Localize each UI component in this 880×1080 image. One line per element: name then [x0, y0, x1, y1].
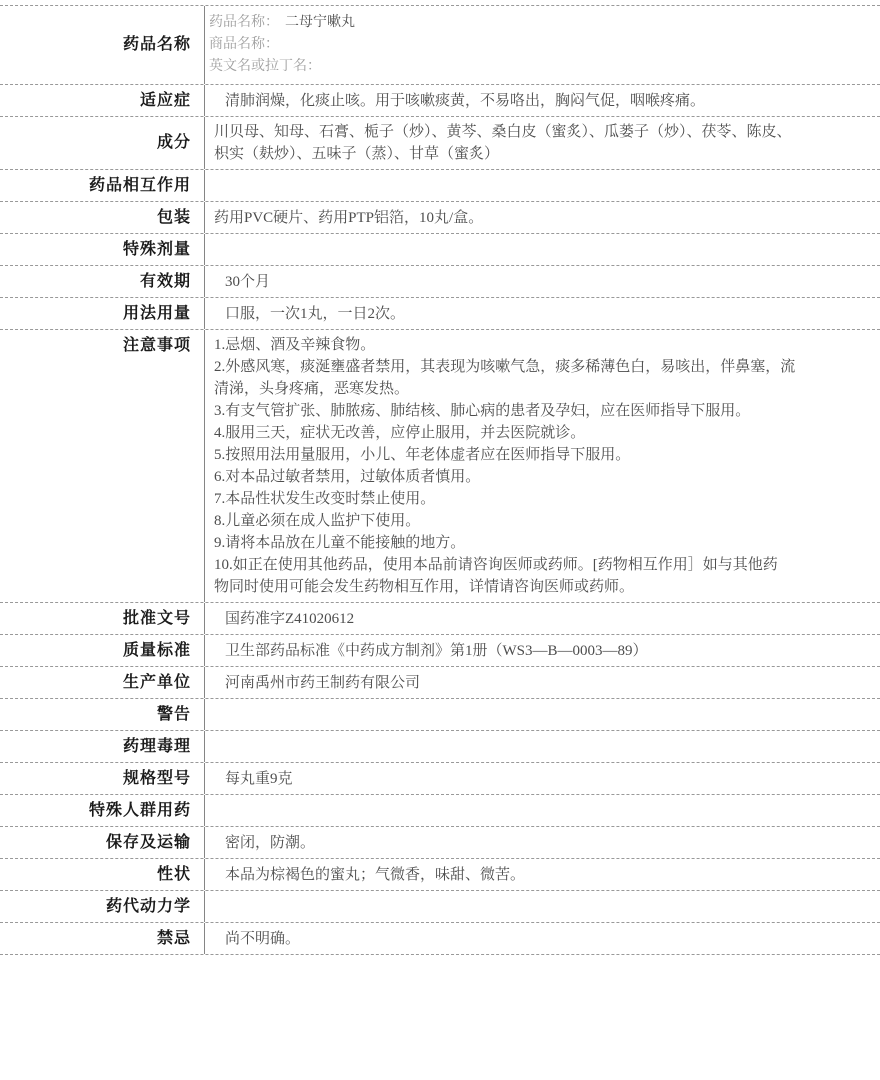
- row-value-indications: 清肺润燥，化痰止咳。用于咳嗽痰黄，不易咯出，胸闷气促，咽喉疼痛。: [205, 85, 880, 116]
- table-row-shelf-life: 有效期 30个月: [0, 266, 880, 298]
- row-label-shelf-life: 有效期: [0, 266, 205, 297]
- drug-name-value: 二母宁嗽丸: [285, 15, 355, 30]
- table-row-approval-number: 批准文号 国药准字Z41020612: [0, 603, 880, 635]
- table-row-special-populations: 特殊人群用药: [0, 795, 880, 827]
- row-value-pharmacology-toxicology: [205, 731, 880, 762]
- row-value-special-dosage: [205, 234, 880, 265]
- row-label-warning: 警告: [0, 699, 205, 730]
- row-value-packaging: 药用PVC硬片、药用PTP铝箔，10丸/盒。: [205, 202, 880, 233]
- trade-name-field: 商品名称：: [209, 34, 865, 56]
- table-row-drug-name: 药品名称 药品名称：二母宁嗽丸 商品名称： 英文名或拉丁名：: [0, 6, 880, 85]
- table-row-drug-interactions: 药品相互作用: [0, 170, 880, 202]
- drug-info-table: 药品名称 药品名称：二母宁嗽丸 商品名称： 英文名或拉丁名： 适应症 清肺润燥，…: [0, 5, 880, 955]
- row-value-approval-number: 国药准字Z41020612: [205, 603, 880, 634]
- row-label-indications: 适应症: [0, 85, 205, 116]
- table-row-indications: 适应症 清肺润燥，化痰止咳。用于咳嗽痰黄，不易咯出，胸闷气促，咽喉疼痛。: [0, 85, 880, 117]
- table-row-ingredients: 成分 川贝母、知母、石膏、栀子（炒）、黄芩、桑白皮（蜜炙）、瓜蒌子（炒）、茯苓、…: [0, 117, 880, 170]
- english-name-field: 英文名或拉丁名：: [209, 56, 865, 78]
- drug-name-field: 药品名称：二母宁嗽丸: [209, 12, 865, 34]
- row-value-specification: 每丸重9克: [205, 763, 880, 794]
- row-label-storage-transport: 保存及运输: [0, 827, 205, 858]
- row-label-contraindications: 禁忌: [0, 923, 205, 954]
- row-value-pharmacokinetics: [205, 891, 880, 922]
- row-value-warning: [205, 699, 880, 730]
- row-value-description: 本品为棕褐色的蜜丸；气微香，味甜、微苦。: [205, 859, 880, 890]
- table-row-quality-standard: 质量标准 卫生部药品标准《中药成方制剂》第1册（WS3—B—0003—89）: [0, 635, 880, 667]
- row-label-pharmacology-toxicology: 药理毒理: [0, 731, 205, 762]
- table-row-contraindications: 禁忌 尚不明确。: [0, 923, 880, 955]
- row-label-pharmacokinetics: 药代动力学: [0, 891, 205, 922]
- row-label-special-populations: 特殊人群用药: [0, 795, 205, 826]
- row-value-quality-standard: 卫生部药品标准《中药成方制剂》第1册（WS3—B—0003—89）: [205, 635, 880, 666]
- row-value-ingredients: 川贝母、知母、石膏、栀子（炒）、黄芩、桑白皮（蜜炙）、瓜蒌子（炒）、茯苓、陈皮、…: [205, 117, 880, 169]
- row-value-drug-interactions: [205, 170, 880, 201]
- row-value-special-populations: [205, 795, 880, 826]
- table-row-packaging: 包装 药用PVC硬片、药用PTP铝箔，10丸/盒。: [0, 202, 880, 234]
- row-label-approval-number: 批准文号: [0, 603, 205, 634]
- trade-name-sub-label: 商品名称：: [209, 37, 279, 52]
- table-row-dosage: 用法用量 口服，一次1丸，一日2次。: [0, 298, 880, 330]
- row-value-shelf-life: 30个月: [205, 266, 880, 297]
- row-label-ingredients: 成分: [0, 117, 205, 169]
- table-row-specification: 规格型号 每丸重9克: [0, 763, 880, 795]
- table-row-description: 性状 本品为棕褐色的蜜丸；气微香，味甜、微苦。: [0, 859, 880, 891]
- row-label-dosage: 用法用量: [0, 298, 205, 329]
- row-value-drug-name: 药品名称：二母宁嗽丸 商品名称： 英文名或拉丁名：: [205, 6, 880, 84]
- row-label-drug-interactions: 药品相互作用: [0, 170, 205, 201]
- row-label-precautions: 注意事项: [0, 330, 205, 602]
- row-label-packaging: 包装: [0, 202, 205, 233]
- row-value-manufacturer: 河南禹州市药王制药有限公司: [205, 667, 880, 698]
- row-value-dosage: 口服，一次1丸，一日2次。: [205, 298, 880, 329]
- table-row-special-dosage: 特殊剂量: [0, 234, 880, 266]
- drug-name-sub-label: 药品名称：: [209, 15, 279, 30]
- row-value-contraindications: 尚不明确。: [205, 923, 880, 954]
- row-label-description: 性状: [0, 859, 205, 890]
- row-value-precautions: 1.忌烟、酒及辛辣食物。 2.外感风寒，痰涎壅盛者禁用，其表现为咳嗽气急，痰多稀…: [205, 330, 880, 602]
- table-row-precautions: 注意事项 1.忌烟、酒及辛辣食物。 2.外感风寒，痰涎壅盛者禁用，其表现为咳嗽气…: [0, 330, 880, 603]
- row-value-storage-transport: 密闭，防潮。: [205, 827, 880, 858]
- table-row-manufacturer: 生产单位 河南禹州市药王制药有限公司: [0, 667, 880, 699]
- table-row-pharmacology-toxicology: 药理毒理: [0, 731, 880, 763]
- table-row-warning: 警告: [0, 699, 880, 731]
- row-label-manufacturer: 生产单位: [0, 667, 205, 698]
- table-row-storage-transport: 保存及运输 密闭，防潮。: [0, 827, 880, 859]
- table-row-pharmacokinetics: 药代动力学: [0, 891, 880, 923]
- row-label-quality-standard: 质量标准: [0, 635, 205, 666]
- english-name-sub-label: 英文名或拉丁名：: [209, 59, 321, 74]
- row-label-drug-name: 药品名称: [0, 6, 205, 84]
- row-label-specification: 规格型号: [0, 763, 205, 794]
- row-label-special-dosage: 特殊剂量: [0, 234, 205, 265]
